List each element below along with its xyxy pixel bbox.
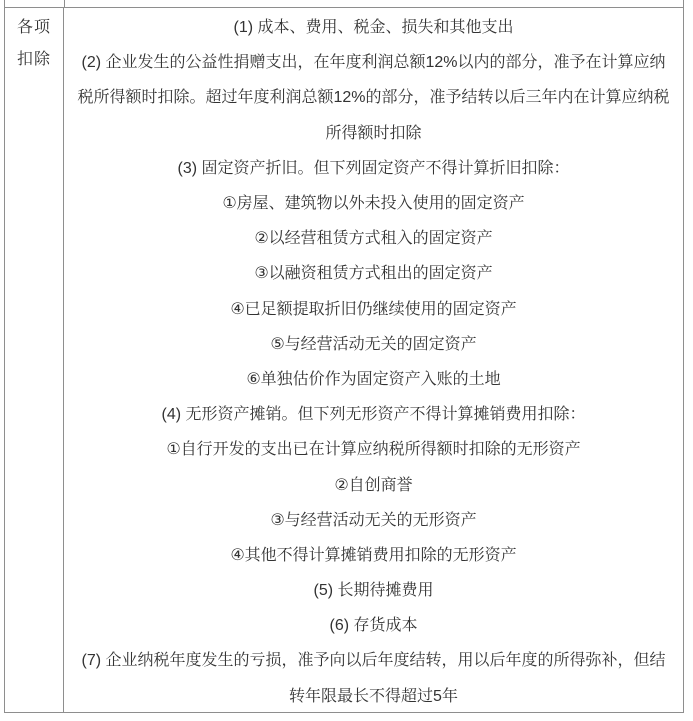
content-line: (2) 企业发生的公益性捐赠支出，在年度利润总额12%以内的部分，准予在计算应纳 [64, 43, 683, 78]
content-line: (6) 存货成本 [64, 606, 683, 641]
content-line: 所得额时扣除 [64, 114, 683, 149]
content-line: ③与经营活动无关的无形资产 [64, 501, 683, 536]
content-line: ①房屋、建筑物以外未投入使用的固定资产 [64, 184, 683, 219]
row-header-line: 各项 [5, 9, 63, 41]
content-line: (4) 无形资产摊销。但下列无形资产不得计算摊销费用扣除： [64, 395, 683, 430]
content-line: (1) 成本、费用、税金、损失和其他支出 [64, 8, 683, 43]
content-line: ①自行开发的支出已在计算应纳税所得额时扣除的无形资产 [64, 430, 683, 465]
deduction-table: 各项 扣除 (1) 成本、费用、税金、损失和其他支出 (2) 企业发生的公益性捐… [4, 0, 684, 713]
content-line: 税所得额时扣除。超过年度利润总额12%的部分，准予结转以后三年内在计算应纳税 [64, 78, 683, 113]
row-content-cell: (1) 成本、费用、税金、损失和其他支出 (2) 企业发生的公益性捐赠支出，在年… [64, 8, 683, 712]
content-line: (3) 固定资产折旧。但下列固定资产不得计算折旧扣除： [64, 149, 683, 184]
content-line: ②自创商誉 [64, 465, 683, 500]
deduction-row: 各项 扣除 (1) 成本、费用、税金、损失和其他支出 (2) 企业发生的公益性捐… [5, 7, 683, 713]
content-line: ⑤与经营活动无关的固定资产 [64, 325, 683, 360]
content-line: ③以融资租赁方式租出的固定资产 [64, 254, 683, 289]
content-line: ⑥单独估价作为固定资产入账的土地 [64, 360, 683, 395]
content-line: ②以经营租赁方式租入的固定资产 [64, 219, 683, 254]
content-line: ④其他不得计算摊销费用扣除的无形资产 [64, 536, 683, 571]
row-header-line: 扣除 [5, 41, 63, 73]
previous-row-right-cell [65, 0, 683, 7]
content-line: 转年限最长不得超过5年 [64, 677, 683, 712]
content-line: (7) 企业纳税年度发生的亏损，准予向以后年度结转，用以后年度的所得弥补，但结 [64, 641, 683, 676]
document-page: 各项 扣除 (1) 成本、费用、税金、损失和其他支出 (2) 企业发生的公益性捐… [0, 0, 693, 721]
row-header-cell: 各项 扣除 [5, 8, 64, 712]
previous-row-left-cell [5, 0, 65, 7]
previous-row-sliver [5, 0, 683, 7]
content-line: ④已足额提取折旧仍继续使用的固定资产 [64, 290, 683, 325]
content-line: (5) 长期待摊费用 [64, 571, 683, 606]
